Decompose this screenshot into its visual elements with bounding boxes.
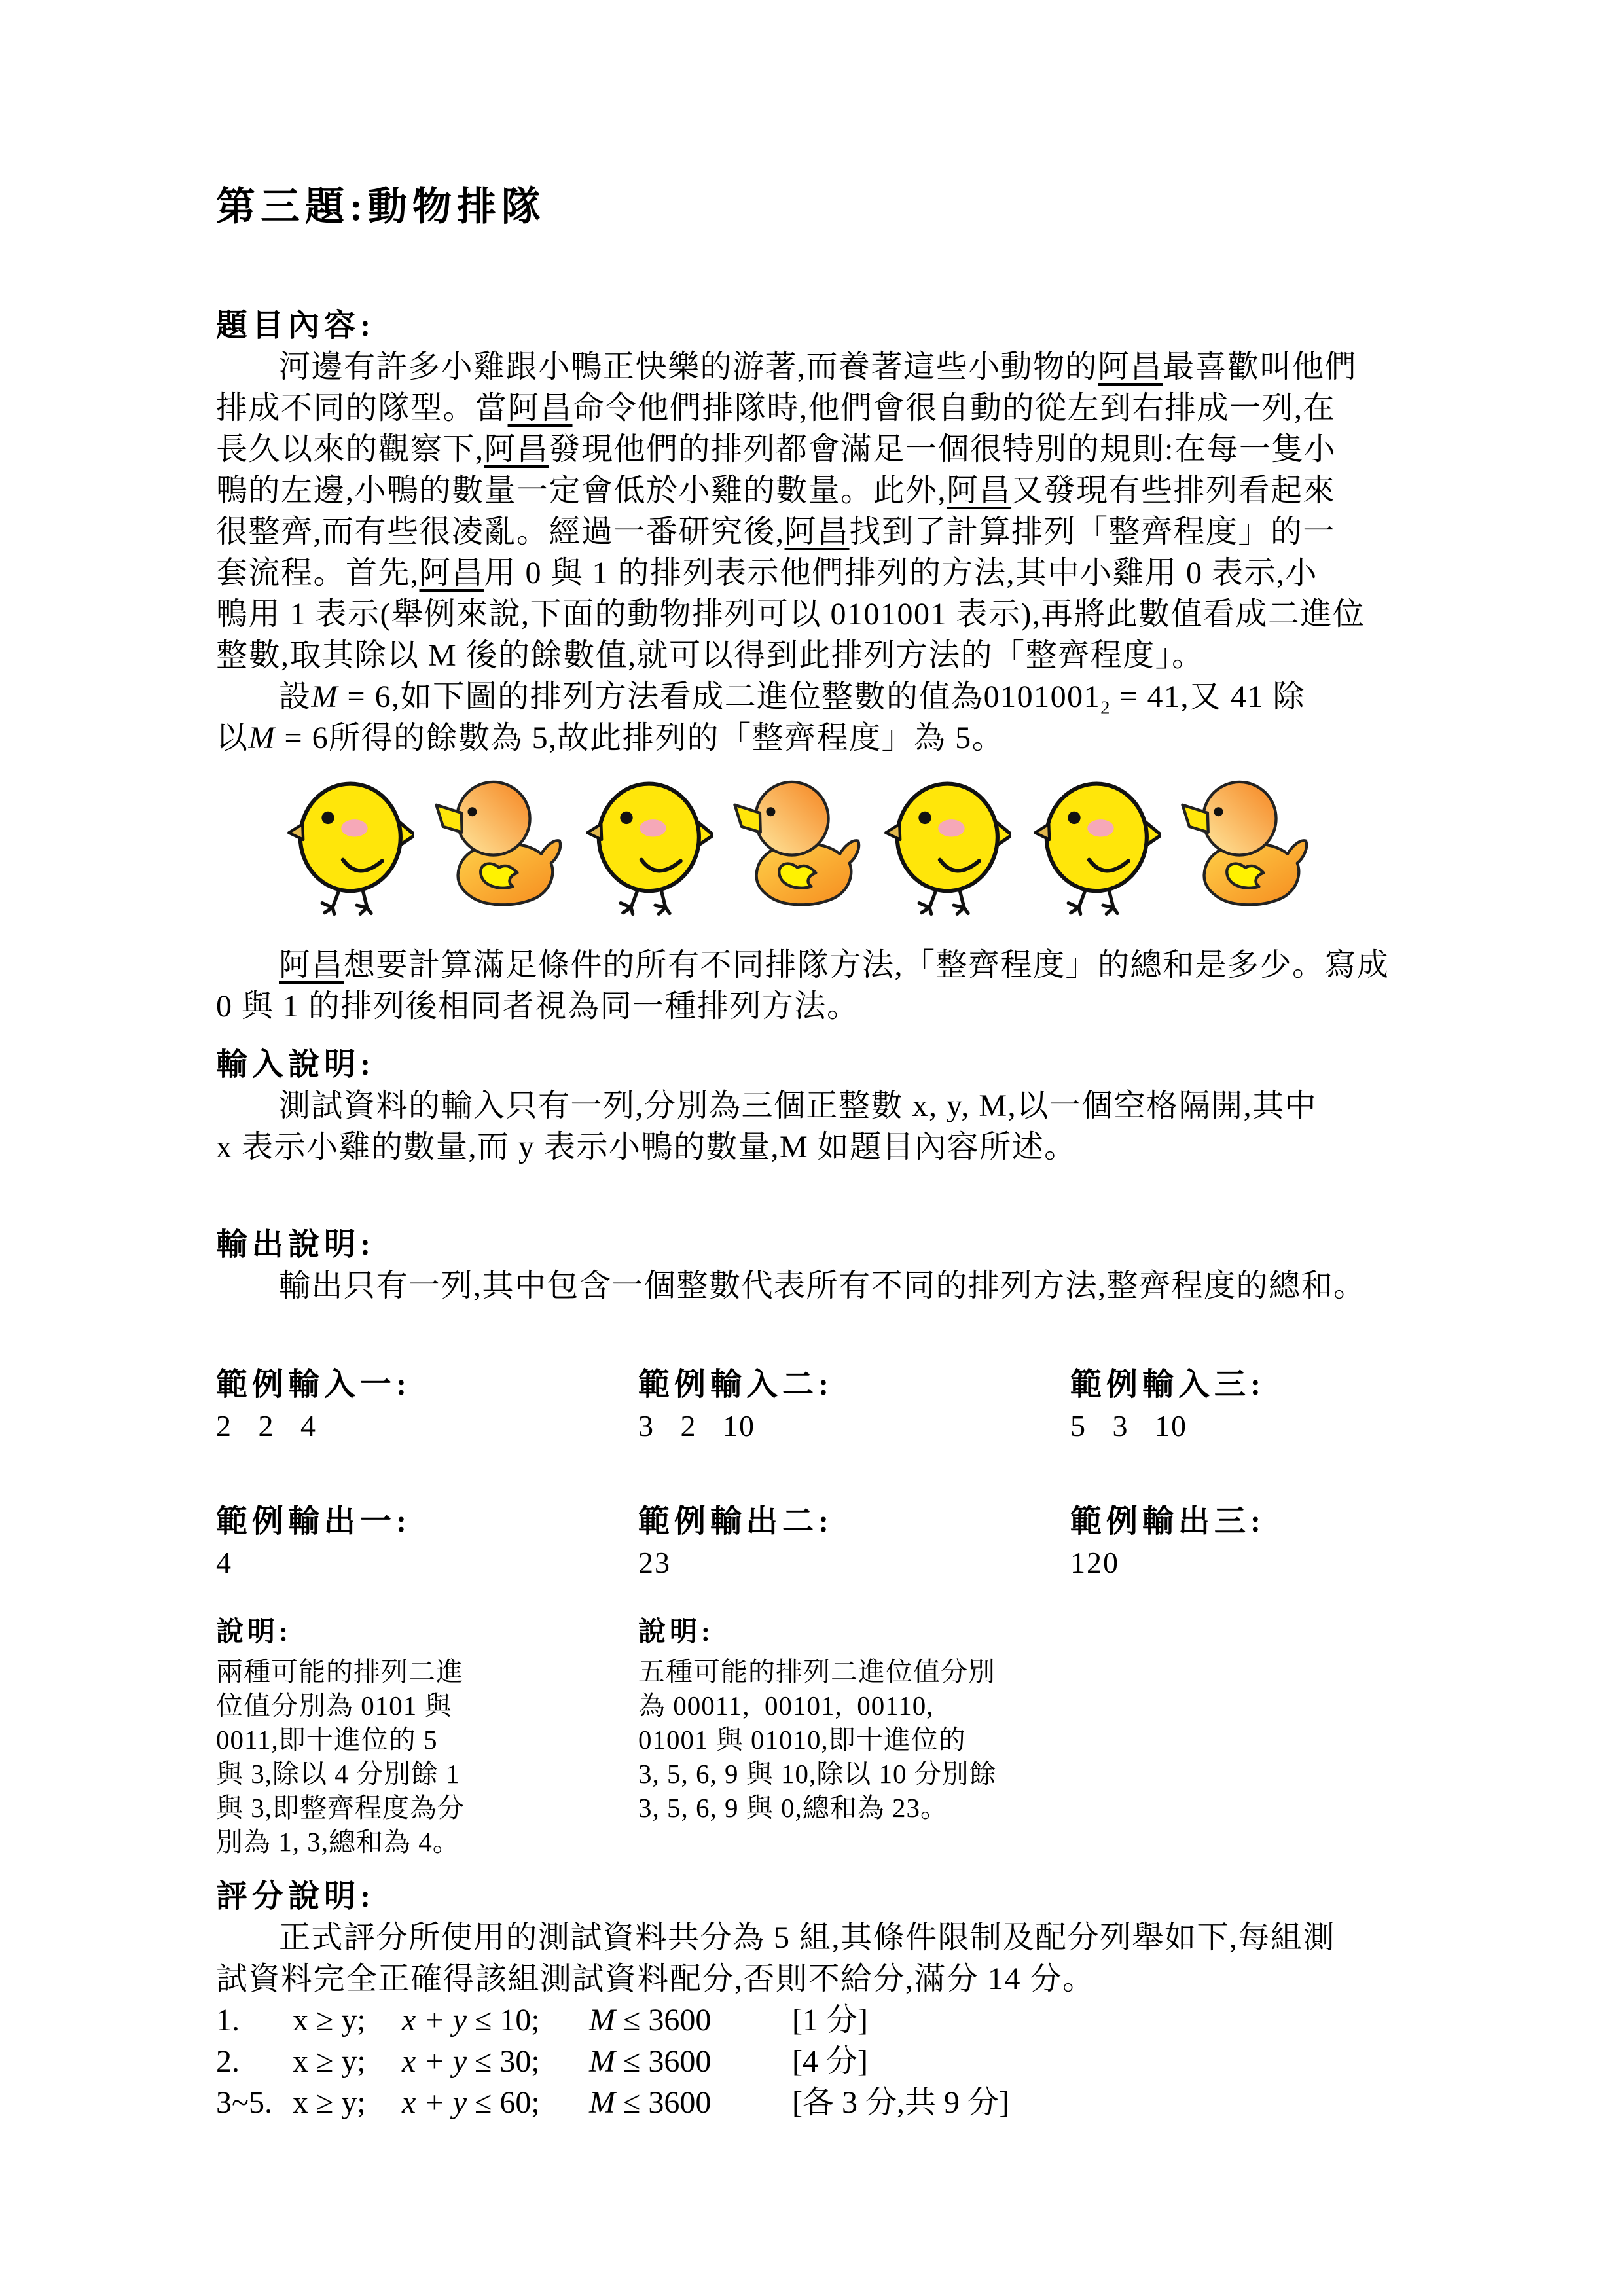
sample-input-2-heading: 範例輸入二: <box>638 1364 1070 1405</box>
text-segment: ≤ 30; <box>467 2044 540 2079</box>
scoring-item-2: 2.x ≥ y;x + y ≤ 30;M ≤ 3600[4 分] <box>216 2041 1411 2082</box>
sample-output-1-value: 4 <box>216 1542 638 1584</box>
sample-note-1: 說明: 兩種可能的排列二進 位值分別為 0101 與 0011,即十進位的 5 … <box>216 1614 638 1859</box>
scoring-points: [1 分] <box>792 2000 868 2041</box>
math-expression: x + y <box>402 2044 467 2079</box>
underlined-name: 阿昌 <box>947 473 1011 508</box>
note-line: 與 3,除以 4 分別餘 1 <box>216 1757 638 1791</box>
text-segment: 設 <box>279 679 312 714</box>
math-expression: x + y <box>402 2003 467 2037</box>
paragraph-line: 鴨用 1 表示(舉例來說,下面的動物排列可以 0101001 表示),再將此數值… <box>216 594 1411 635</box>
chick-icon <box>882 768 1011 925</box>
paragraph-line: 鴨的左邊,小鴨的數量一定會低於小雞的數量。此外,阿昌又發現有些排列看起來 <box>216 470 1411 511</box>
note-line: 3, 5, 6, 9 與 0,總和為 23。 <box>638 1791 1070 1825</box>
paragraph-line: 排成不同的隊型。當阿昌命令他們排隊時,他們會很自動的從左到右排成一列,在 <box>216 387 1411 429</box>
text-segment: ≤ 10; <box>467 2003 540 2037</box>
text-segment: = 6所得的餘數為 5,故此排列的「整齊程度」為 5。 <box>276 721 1004 755</box>
note-line: 位值分別為 0101 與 <box>216 1689 638 1723</box>
sample-note-2: 說明: 五種可能的排列二進位值分別 為 00011, 00101, 00110,… <box>638 1614 1070 1859</box>
scoring-item-number: 1. <box>216 2000 293 2041</box>
paragraph-line: 正式評分所使用的測試資料共分為 5 組,其條件限制及配分列舉如下,每組測 <box>216 1917 1411 1958</box>
text-segment: 以 <box>216 721 249 755</box>
math-expression: x + y <box>402 2085 467 2120</box>
sample-output-2-value: 23 <box>638 1542 1070 1584</box>
chick-icon <box>285 768 414 925</box>
samples-section: 範例輸入一: 2 2 4 範例輸入二: 3 2 10 範例輸入三: 5 3 10… <box>216 1364 1411 1859</box>
sample-output-1: 範例輸出一: 4 <box>216 1501 638 1584</box>
animal-row <box>285 768 1411 926</box>
sample-input-1: 範例輸入一: 2 2 4 <box>216 1364 638 1447</box>
scoring-item-1: 1.x ≥ y;x + y ≤ 10;M ≤ 3600[1 分] <box>216 2000 1411 2041</box>
underlined-name: 阿昌 <box>420 556 484 590</box>
paragraph-line: x 表示小雞的數量,而 y 表示小鴨的數量,M 如題目內容所述。 <box>216 1126 1411 1168</box>
sample-note-2-heading: 說明: <box>638 1614 1070 1651</box>
text-segment: ≤ 60; <box>467 2085 540 2120</box>
text-segment: 命令他們排隊時,他們會很自動的從左到右排成一列,在 <box>573 391 1336 425</box>
sample-output-3: 範例輸出三: 120 <box>1070 1501 1411 1584</box>
math-variable: M <box>589 2085 615 2120</box>
sample-input-3-heading: 範例輸入三: <box>1070 1364 1411 1405</box>
duck-icon <box>732 768 862 925</box>
paragraph-line: 測試資料的輸入只有一列,分別為三個正整數 x, y, M,以一個空格隔開,其中 <box>216 1085 1411 1126</box>
scoring-points: [4 分] <box>792 2041 868 2082</box>
scoring-condition: x + y ≤ 30; <box>402 2041 589 2082</box>
note-line: 0011,即十進位的 5 <box>216 1723 638 1757</box>
sample-output-1-heading: 範例輸出一: <box>216 1501 638 1542</box>
sample-outputs-row: 範例輸出一: 4 範例輸出二: 23 範例輸出三: 120 <box>216 1501 1411 1584</box>
chick-icon <box>1031 768 1161 925</box>
text-segment: ≤ 3600 <box>615 2003 711 2037</box>
text-segment: ≤ 3600 <box>615 2085 711 2120</box>
duck-icon <box>434 768 564 925</box>
text-segment: 長久以來的觀察下, <box>216 432 484 467</box>
goal-paragraph: 阿昌想要計算滿足條件的所有不同排隊方法,「整齊程度」的總和是多少。寫成 0 與 … <box>216 944 1411 1027</box>
sample-note-1-heading: 說明: <box>216 1614 638 1651</box>
text-segment: 發現他們的排列都會滿足一個很特別的規則:在每一隻小 <box>549 432 1337 467</box>
text-segment: 河邊有許多小雞跟小鴨正快樂的游著,而養著這些小動物的 <box>279 350 1098 384</box>
math-variable: M <box>589 2044 615 2079</box>
sample-input-1-value: 2 2 4 <box>216 1405 638 1447</box>
paragraph-line: 阿昌想要計算滿足條件的所有不同排隊方法,「整齊程度」的總和是多少。寫成 <box>216 944 1411 986</box>
paragraph-line: 輸出只有一列,其中包含一個整數代表所有不同的排列方法,整齊程度的總和。 <box>216 1265 1411 1306</box>
paragraph-line: 設M = 6,如下圖的排列方法看成二進位整數的值為01010012 = 41,又… <box>216 676 1411 717</box>
text-segment: 排成不同的隊型。當 <box>216 391 508 425</box>
sample-output-3-heading: 範例輸出三: <box>1070 1501 1411 1542</box>
duck-icon <box>1180 768 1310 925</box>
text-segment: 最喜歡叫他們 <box>1163 350 1357 384</box>
text-segment: ≤ 3600 <box>615 2044 711 2079</box>
paragraph-line: 河邊有許多小雞跟小鴨正快樂的游著,而養著這些小動物的阿昌最喜歡叫他們 <box>216 346 1411 387</box>
sample-input-3-value: 5 3 10 <box>1070 1405 1411 1447</box>
scoring-condition: M ≤ 3600 <box>589 2041 792 2082</box>
paragraph-line: 套流程。首先,阿昌用 0 與 1 的排列表示他們排列的方法,其中小雞用 0 表示… <box>216 552 1411 594</box>
text-segment: 套流程。首先, <box>216 556 420 590</box>
section-heading-output: 輸出說明: <box>216 1224 1411 1265</box>
section-heading-problem-content: 題目內容: <box>216 305 1411 346</box>
paragraph-line: 整數,取其除以 M 後的餘數值,就可以得到此排列方法的「整齊程度」。 <box>216 635 1411 676</box>
sample-output-2: 範例輸出二: 23 <box>638 1501 1070 1584</box>
underlined-name: 阿昌 <box>484 432 549 467</box>
section-heading-scoring: 評分說明: <box>216 1876 1411 1917</box>
paragraph-line: 長久以來的觀察下,阿昌發現他們的排列都會滿足一個很特別的規則:在每一隻小 <box>216 429 1411 470</box>
sample-notes-row: 說明: 兩種可能的排列二進 位值分別為 0101 與 0011,即十進位的 5 … <box>216 1614 1411 1859</box>
note-line: 3, 5, 6, 9 與 10,除以 10 分別餘 <box>638 1757 1070 1791</box>
scoring-item-3: 3~5.x ≥ y;x + y ≤ 60;M ≤ 3600[各 3 分,共 9 … <box>216 2082 1411 2123</box>
math-variable: M <box>589 2003 615 2037</box>
paragraph-line: 試資料完全正確得該組測試資料配分,否則不給分,滿分 14 分。 <box>216 1958 1411 2000</box>
paragraph-line: 很整齊,而有些很凌亂。經過一番研究後,阿昌找到了計算排列「整齊程度」的一 <box>216 511 1411 552</box>
text-segment: 用 0 與 1 的排列表示他們排列的方法,其中小雞用 0 表示,小 <box>484 556 1318 590</box>
sample-input-3: 範例輸入三: 5 3 10 <box>1070 1364 1411 1447</box>
text-segment: 又發現有些排列看起來 <box>1011 473 1335 508</box>
paragraph-line: 以M = 6所得的餘數為 5,故此排列的「整齊程度」為 5。 <box>216 717 1411 759</box>
scoring-condition: M ≤ 3600 <box>589 2082 792 2123</box>
section-heading-input: 輸入說明: <box>216 1044 1411 1085</box>
note-line: 為 00011, 00101, 00110, <box>638 1689 1070 1723</box>
scoring-condition: x + y ≤ 60; <box>402 2082 589 2123</box>
scoring-item-number: 3~5. <box>216 2082 293 2123</box>
sample-note-3-empty <box>1070 1614 1411 1859</box>
text-segment: 想要計算滿足條件的所有不同排隊方法,「整齊程度」的總和是多少。寫成 <box>344 948 1390 982</box>
sample-output-2-heading: 範例輸出二: <box>638 1501 1070 1542</box>
underlined-name: 阿昌 <box>1098 350 1163 384</box>
text-segment: 找到了計算排列「整齊程度」的一 <box>850 514 1336 549</box>
note-line: 別為 1, 3,總和為 4。 <box>216 1825 638 1859</box>
note-line: 兩種可能的排列二進 <box>216 1655 638 1689</box>
scoring-condition: x ≥ y; <box>293 2041 402 2082</box>
underlined-name: 阿昌 <box>785 514 850 549</box>
text-segment: 很整齊,而有些很凌亂。經過一番研究後, <box>216 514 785 549</box>
note-line: 與 3,即整齊程度為分 <box>216 1791 638 1825</box>
document-page: 第三題:動物排隊 題目內容: 河邊有許多小雞跟小鴨正快樂的游著,而養著這些小動物… <box>0 0 1624 2296</box>
scoring-condition: x + y ≤ 10; <box>402 2000 589 2041</box>
binary-subscript: 2 <box>1100 698 1111 719</box>
text-segment: 鴨的左邊,小鴨的數量一定會低於小雞的數量。此外, <box>216 473 947 508</box>
math-variable: M <box>312 679 338 714</box>
sample-output-3-value: 120 <box>1070 1542 1411 1584</box>
underlined-name: 阿昌 <box>508 391 573 425</box>
scoring-item-number: 2. <box>216 2041 293 2082</box>
sample-inputs-row: 範例輸入一: 2 2 4 範例輸入二: 3 2 10 範例輸入三: 5 3 10 <box>216 1364 1411 1447</box>
scoring-condition: M ≤ 3600 <box>589 2000 792 2041</box>
text-segment: = 41,又 41 除 <box>1111 679 1305 714</box>
scoring-condition: x ≥ y; <box>293 2082 402 2123</box>
sample-input-1-heading: 範例輸入一: <box>216 1364 638 1405</box>
underlined-name: 阿昌 <box>279 948 344 982</box>
paragraph-line: 0 與 1 的排列後相同者視為同一種排列方法。 <box>216 986 1411 1027</box>
sample-input-2-value: 3 2 10 <box>638 1405 1070 1447</box>
scoring-points: [各 3 分,共 9 分] <box>792 2082 1009 2123</box>
sample-input-2: 範例輸入二: 3 2 10 <box>638 1364 1070 1447</box>
page-title: 第三題:動物排隊 <box>216 175 1411 232</box>
note-line: 五種可能的排列二進位值分別 <box>638 1655 1070 1689</box>
note-line: 01001 與 01010,即十進位的 <box>638 1723 1070 1757</box>
math-variable: M <box>249 721 276 755</box>
text-segment: = 6,如下圖的排列方法看成二進位整數的值為0101001 <box>338 679 1100 714</box>
scoring-condition: x ≥ y; <box>293 2000 402 2041</box>
chick-icon <box>583 768 713 925</box>
